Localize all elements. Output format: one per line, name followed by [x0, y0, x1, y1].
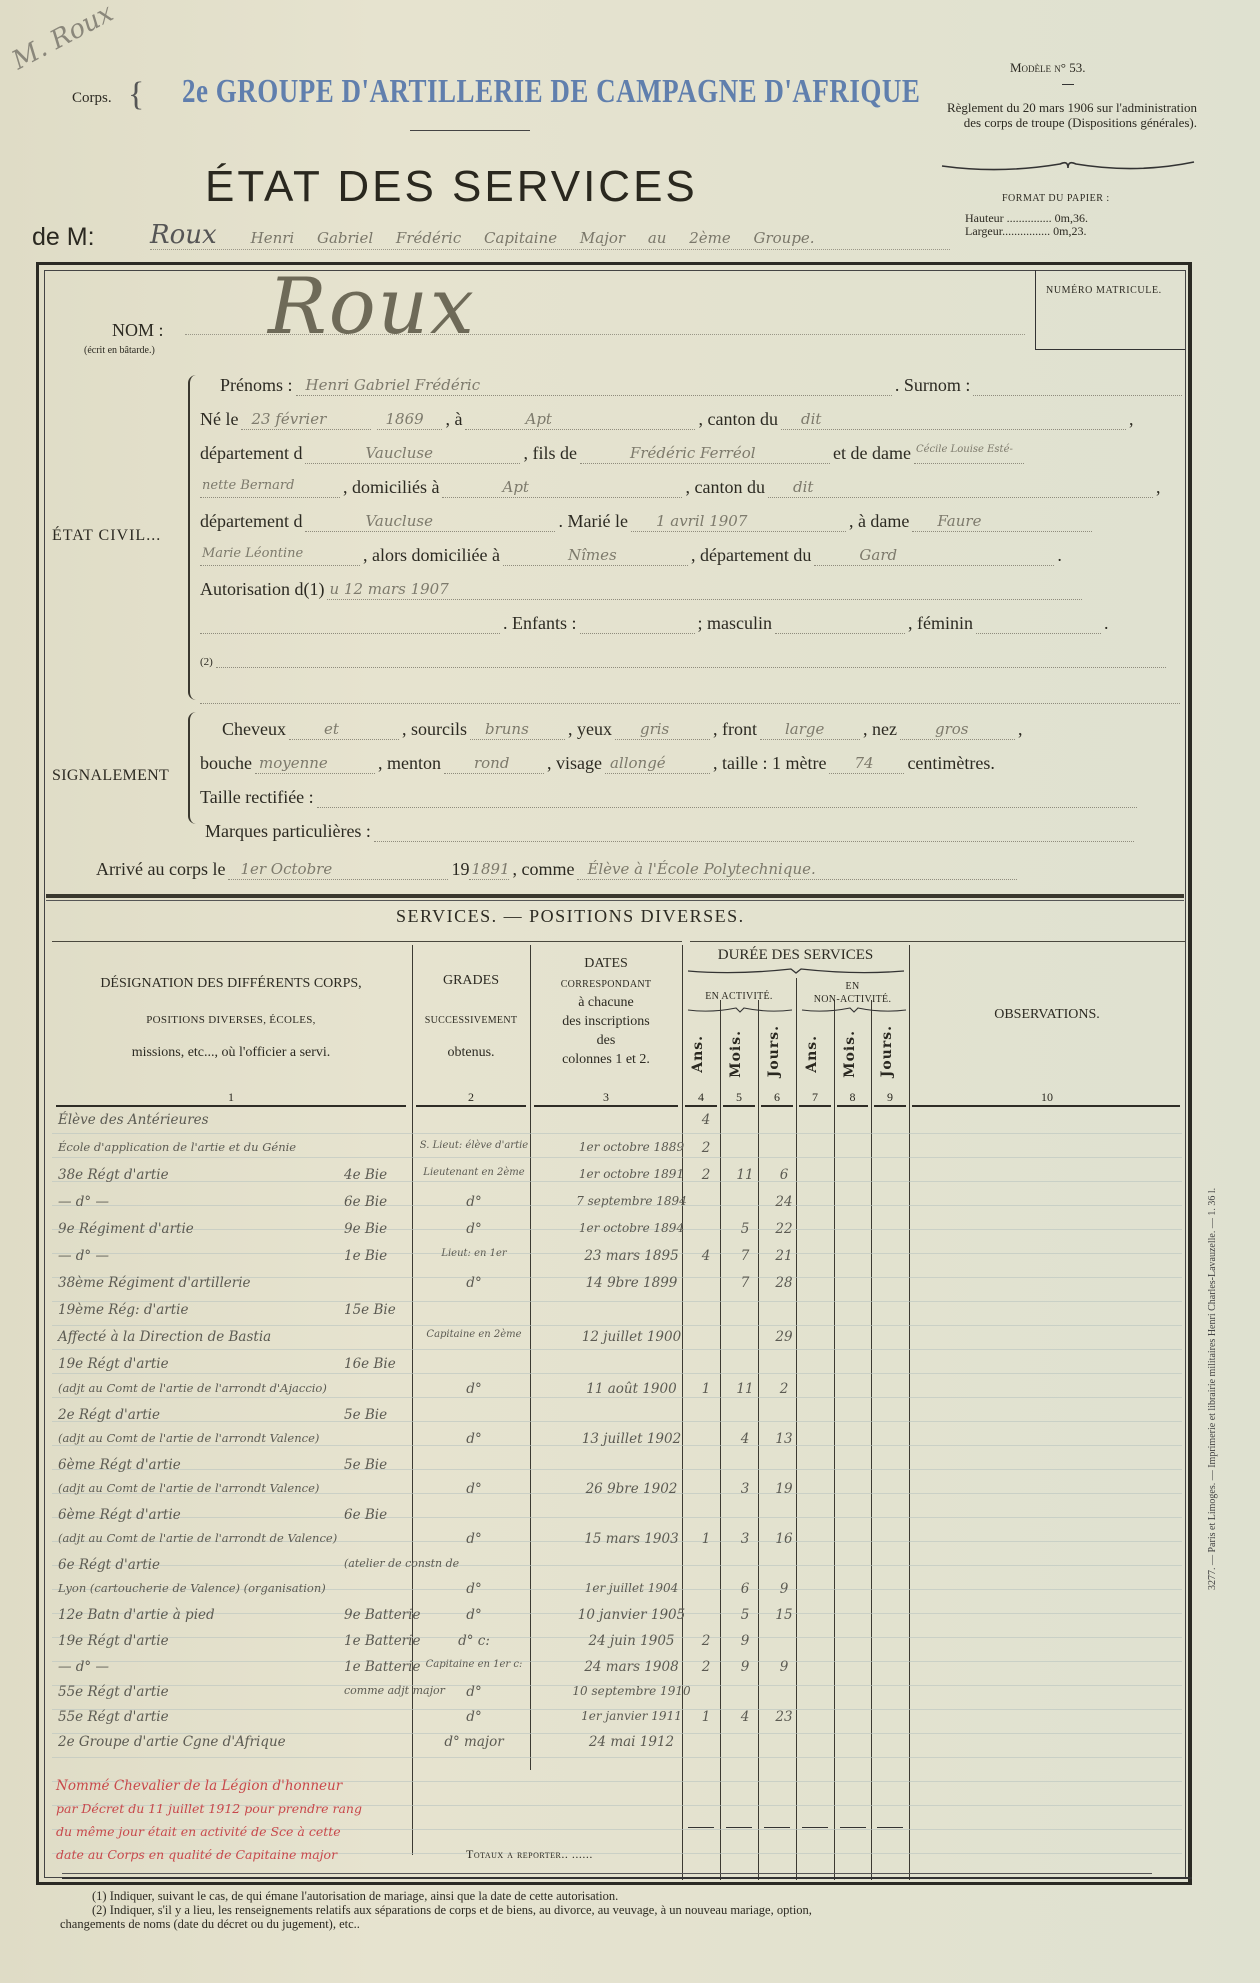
signalement-label: SIGNALEMENT [52, 767, 169, 785]
col-number: 5 [720, 1090, 758, 1105]
corps-cell: 6ème Régt d'artie [58, 1507, 338, 1523]
yeux-field: gris [615, 720, 710, 740]
col-number: 4 [682, 1090, 720, 1105]
corps-cell: (adjt au Comt de l'artie de l'arrondt de… [58, 1531, 413, 1545]
birth-row: Né le 23 février 1869 , à Apt , canton d… [200, 402, 1185, 430]
sourcils-label: , sourcils [402, 719, 467, 740]
ne-a-label: , à [445, 409, 462, 430]
marie-le-label: . Marié le [558, 511, 627, 532]
corps-cell: 38e Régt d'artie [58, 1167, 338, 1183]
note2-marker: (2) [200, 656, 213, 668]
departement-field: Vaucluse [305, 444, 520, 464]
grade-cell: Lieut: en 1er [414, 1248, 534, 1259]
ans-cell: 1 [686, 1709, 726, 1725]
department-parents-row: département d Vaucluse , fils de Frédéri… [200, 436, 1185, 464]
table-row: 6ème Régt d'artie5e Bie [54, 1457, 1184, 1481]
canton-label: , canton du [698, 409, 777, 430]
marriage-date-field: 1 avril 1907 [631, 512, 846, 532]
unit-cell: 1e Batterie [344, 1633, 420, 1649]
observations-header: OBSERVATIONS. [909, 1006, 1185, 1023]
jours-cell: 21 [764, 1248, 804, 1264]
table-row: 38e Régt d'artie4e BieLieutenant en 2ème… [54, 1167, 1184, 1191]
mother-field-cont: nette Bernard [200, 478, 340, 498]
divider [1062, 84, 1074, 85]
grade-cell: d° [414, 1194, 534, 1210]
surnom-field [973, 376, 1182, 396]
table-row: Élève des Antérieures4 [54, 1112, 1184, 1136]
enfants-row: . Enfants : ; masculin , féminin . [200, 606, 1185, 634]
section-divider [46, 900, 1184, 901]
etat-civil-label: ÉTAT CIVIL... [52, 527, 161, 545]
grade-cell: S. Lieut: élève d'artie [414, 1140, 534, 1151]
subject-surname: Roux [150, 220, 217, 250]
ans-cell: 1 [686, 1531, 726, 1547]
col2-sub1: SUCCESSIVEMENT [412, 1012, 530, 1029]
mois-cell: 7 [726, 1248, 764, 1264]
corps-cell: (adjt au Comt de l'artie de l'arrondt d'… [58, 1381, 413, 1395]
table-row: (adjt au Comt de l'artie de l'arrondt d'… [54, 1381, 1184, 1405]
matricule-box [1035, 270, 1185, 350]
table-row: Lyon (cartoucherie de Valence) (organisa… [54, 1581, 1184, 1605]
grade-cell: d° [414, 1381, 534, 1397]
ans-header: Ans. [690, 1035, 706, 1073]
date-cell: 1er juillet 1904 [544, 1581, 719, 1595]
corps-label: Corps. [72, 90, 112, 107]
arrivee-row: Arrivé au corps le 1er Octobre 19 1891 ,… [96, 852, 1186, 880]
paper-dimensions: Hauteur ............... 0m,36. Largeur..… [965, 212, 1088, 238]
width-label: Largeur................ [965, 224, 1050, 238]
departement3-field: Gard [814, 546, 1054, 566]
taille-field: 74 [829, 754, 904, 774]
table-row: 55e Régt d'artiecomme adjt majord°10 sep… [54, 1684, 1184, 1708]
grade-cell: d° [414, 1581, 534, 1597]
col3-sub5: colonnes 1 et 2. [530, 1051, 682, 1068]
printer-imprint: 3277. — Paris et Limoges. — Imprimerie e… [1207, 930, 1218, 1590]
grade-cell: Capitaine en 2ème [414, 1329, 534, 1340]
arrivee-date-field: 1er Octobre [228, 860, 448, 880]
honor-note-line: date au Corps en qualité de Capitaine ma… [56, 1847, 337, 1862]
mois-cell: 6 [726, 1581, 764, 1597]
departement-label: département d [200, 443, 302, 464]
en-non-activite-line2: NON-ACTIVITÉ. [796, 993, 909, 1006]
footnote-2: (2) Indiquer, s'il y a lieu, les renseig… [92, 1903, 812, 1917]
mois-header: Mois. [728, 1030, 744, 1078]
jours-header-non-active: Jours. [879, 1025, 895, 1077]
date-cell: 24 mai 1912 [544, 1734, 719, 1750]
menton-label: , menton [378, 753, 441, 774]
table-row: 19e Régt d'artie1e Batteried° c:24 juin … [54, 1633, 1184, 1657]
grade-cell: d° [414, 1607, 534, 1623]
col3-sub4: des [530, 1032, 682, 1049]
birth-place-field: Apt [465, 410, 695, 430]
fils-de-label: , fils de [523, 443, 577, 464]
col-number: 7 [796, 1090, 834, 1105]
marques-row: Marques particulières : [205, 814, 1190, 842]
services-title: SERVICES. — POSITIONS DIVERSES. [396, 906, 745, 927]
date-cell: 7 septembre 1894 [544, 1194, 719, 1208]
marques-field [374, 822, 1134, 842]
corps-cell: 6e Régt d'artie [58, 1557, 338, 1573]
brace-icon [188, 712, 198, 824]
date-cell: 1er octobre 1894 [544, 1221, 719, 1235]
mois-cell: 9 [726, 1659, 764, 1675]
taille-label: , taille : 1 mètre [713, 753, 826, 774]
grade-cell: d° [414, 1221, 534, 1237]
width-value: 0m,23. [1053, 224, 1086, 238]
en-activite-header: EN ACTIVITÉ. [682, 988, 796, 1005]
table-row: (adjt au Comt de l'artie de l'arrondt de… [54, 1531, 1184, 1555]
col-number: 6 [758, 1090, 796, 1105]
nez-field: gros [900, 720, 1015, 740]
jours-cell: 13 [764, 1431, 804, 1447]
flourish-ornament-icon [800, 1006, 908, 1014]
a-dame-label: , à dame [849, 511, 909, 532]
prenoms-label: Prénoms : [220, 375, 293, 396]
honor-note-line: Nommé Chevalier de la Légion d'honneur [56, 1778, 342, 1794]
corps-cell: — d° — [58, 1248, 338, 1264]
spouse-field: Faure [912, 512, 1092, 532]
mois-header-non-active: Mois. [842, 1030, 858, 1078]
canton2-label: , canton du [685, 477, 764, 498]
table-row: Affecté à la Direction de BastiaCapitain… [54, 1329, 1184, 1353]
mother-field: Cécile Louise Esté- [914, 444, 1024, 464]
ans-header-non-active: Ans. [804, 1035, 820, 1073]
bouche-field: moyenne [255, 754, 375, 774]
corps-cell: 38ème Régiment d'artillerie [58, 1275, 413, 1291]
nez-label: , nez [863, 719, 897, 740]
et-de-dame-label: et de dame [833, 443, 911, 464]
ans-cell: 2 [686, 1633, 726, 1649]
corps-stamp: 2e GROUPE D'ARTILLERIE DE CAMPAGNE D'AFR… [182, 72, 920, 111]
taille-rectifiee-field [317, 788, 1137, 808]
table-row: — d° —1e BatterieCapitaine en 1er c:24 m… [54, 1659, 1184, 1683]
col1-sub1: POSITIONS DIVERSES, ÉCOLES, [52, 1012, 410, 1029]
ne-le-label: Né le [200, 409, 238, 430]
col-number: 8 [834, 1090, 871, 1105]
note2-row: (2) [200, 640, 1185, 668]
totals-label: Totaux a reporter.. ...... [466, 1847, 593, 1862]
grade-cell: Capitaine en 1er c: [414, 1659, 534, 1670]
unit-cell: 9e Batterie [344, 1607, 420, 1623]
prenoms-row: Prénoms : Henri Gabriel Frédéric . Surno… [220, 368, 1185, 396]
visage-label: , visage [547, 753, 602, 774]
table-row: — d° —6e Bied°7 septembre 189424 [54, 1194, 1184, 1218]
grade-cell: d° [414, 1531, 534, 1547]
jours-cell: 22 [764, 1221, 804, 1237]
mois-cell: 5 [726, 1221, 764, 1237]
paper-format-title: FORMAT DU PAPIER : [1002, 193, 1110, 204]
masculin-field [775, 614, 905, 634]
centimetres-label: centimètres. [907, 753, 994, 774]
corps-cell: 9e Régiment d'artie [58, 1221, 338, 1237]
birth-date-field: 23 février [241, 410, 371, 430]
jours-cell: 16 [764, 1531, 804, 1547]
honor-note-line: du même jour était en activité de Sce à … [56, 1824, 341, 1839]
table-row: École d'application de l'artie et du Gén… [54, 1140, 1184, 1164]
corps-cell: Lyon (cartoucherie de Valence) (organisa… [58, 1581, 413, 1595]
col-number: 2 [412, 1090, 530, 1105]
domicilies-label: , domiciliés à [343, 477, 439, 498]
jours-cell: 23 [764, 1709, 804, 1725]
autorisation-label: Autorisation d(1) [200, 579, 324, 600]
grade-cell: d° major [414, 1734, 534, 1750]
divider [410, 130, 530, 131]
arrivee-label: Arrivé au corps le [96, 859, 225, 880]
blank-line [200, 676, 1185, 704]
table-row: (adjt au Comt de l'artie de l'arrondt Va… [54, 1431, 1184, 1455]
jours-cell: 24 [764, 1194, 804, 1210]
masculin-label: ; masculin [698, 613, 773, 634]
flourish-ornament-icon [686, 966, 906, 976]
unit-cell: 16e Bie [344, 1356, 396, 1372]
sourcils-field: bruns [470, 720, 565, 740]
corps-cell: 55e Régt d'artie [58, 1709, 413, 1725]
table-row: 12e Batn d'artie à pied9e Batteried°10 j… [54, 1607, 1184, 1631]
surnom-label: . Surnom : [895, 375, 971, 396]
table-row: 38ème Régiment d'artilleried°14 9bre 189… [54, 1275, 1184, 1299]
corps-cell: 6ème Régt d'artie [58, 1457, 338, 1473]
table-row: 19e Régt d'artie16e Bie [54, 1356, 1184, 1380]
subject-names-rank: Henri Gabriel Frédéric Capitaine Major a… [251, 229, 815, 247]
col2-header: GRADES [412, 972, 530, 989]
ans-cell: 2 [686, 1140, 726, 1156]
unit-cell: 1e Bie [344, 1248, 387, 1264]
grade-cell: d° [414, 1709, 534, 1725]
departement2-label: département d [200, 511, 302, 532]
divider [62, 1877, 1192, 1879]
jours-cell: 9 [764, 1581, 804, 1597]
table-row: 9e Régiment d'artie9e Bied°1er octobre 1… [54, 1221, 1184, 1245]
ans-cell: 4 [686, 1112, 726, 1128]
prenoms-field: Henri Gabriel Frédéric [296, 376, 892, 396]
en-non-activite-header: EN NON-ACTIVITÉ. [796, 980, 909, 1006]
autorisation-row: Autorisation d(1) u 12 mars 1907 [200, 572, 1185, 600]
alors-domiciliee-label: , alors domiciliée à [363, 545, 500, 566]
col1-header: DÉSIGNATION DES DIFFÉRENTS CORPS, [52, 975, 410, 992]
description-row-1: Cheveux et , sourcils bruns , yeux gris … [222, 712, 1185, 740]
enfants-field [580, 614, 695, 634]
flourish-ornament-icon [940, 160, 1196, 174]
yeux-label: , yeux [568, 719, 612, 740]
unit-cell: 6e Bie [344, 1194, 387, 1210]
col3-sub1: CORRESPONDANT [530, 976, 682, 993]
taille-rectifiee-row: Taille rectifiée : [200, 780, 1185, 808]
archive-annotation: M. Roux [7, 0, 118, 76]
arrivee-year-field: 1891 [469, 860, 509, 880]
nom-sublabel: (écrit en bâtarde.) [84, 345, 155, 356]
table-row: 6e Régt d'artie(atelier de constn de [54, 1557, 1184, 1581]
table-row: 19ème Rég: d'artie15e Bie [54, 1302, 1184, 1326]
date-cell: 12 juillet 1900 [544, 1329, 719, 1345]
flourish-ornament-icon [686, 1006, 794, 1014]
col1-sub2: missions, etc..., où l'officier a servi. [52, 1044, 410, 1061]
corps-cell: École d'application de l'artie et du Gén… [58, 1140, 413, 1154]
ans-cell: 2 [686, 1167, 726, 1183]
departement2-field: Vaucluse [305, 512, 555, 532]
unit-cell: 4e Bie [344, 1167, 387, 1183]
marriage-row: département d Vaucluse . Marié le 1 avri… [200, 504, 1185, 532]
bouche-label: bouche [200, 753, 252, 774]
jours-cell: 19 [764, 1481, 804, 1497]
mois-cell: 11 [726, 1381, 764, 1397]
jours-cell: 6 [764, 1167, 804, 1183]
duree-header: DURÉE DES SERVICES [682, 947, 909, 964]
ans-cell: 2 [686, 1659, 726, 1675]
cheveux-label: Cheveux [222, 719, 286, 740]
footnote-1: (1) Indiquer, suivant le cas, de qui éma… [92, 1889, 618, 1903]
feminin-label: , féminin [908, 613, 973, 634]
regulation-reference: Règlement du 20 mars 1906 sur l'administ… [935, 100, 1197, 130]
col2-sub2: obtenus. [412, 1044, 530, 1061]
visage-field: allongé [605, 754, 710, 774]
unit-cell: (atelier de constn de [344, 1557, 459, 1570]
brace-icon [188, 375, 198, 700]
domicile-field: Apt [442, 478, 682, 498]
jours-cell: 2 [764, 1381, 804, 1397]
section-divider [46, 894, 1184, 898]
mois-cell: 4 [726, 1709, 764, 1725]
unit-cell: 15e Bie [344, 1302, 396, 1318]
corps-cell: 12e Batn d'artie à pied [58, 1607, 338, 1623]
corps-cell: 55e Régt d'artie [58, 1684, 338, 1700]
jours-cell: 9 [764, 1659, 804, 1675]
front-field: large [760, 720, 860, 740]
corps-cell: 19ème Rég: d'artie [58, 1302, 338, 1318]
grade-cell: d° c: [414, 1633, 534, 1649]
brace-icon: { [128, 76, 144, 114]
autorisation-field: u 12 mars 1907 [327, 580, 1082, 600]
table-row: 55e Régt d'artied°1er janvier 19111423 [54, 1709, 1184, 1733]
col-number: 10 [909, 1090, 1185, 1105]
mois-cell: 4 [726, 1431, 764, 1447]
date-cell: 13 juillet 1902 [544, 1431, 719, 1447]
marques-label: Marques particulières : [205, 821, 371, 842]
mois-cell: 7 [726, 1275, 764, 1291]
spouse-field-cont: Marie Léontine [200, 546, 360, 566]
date-cell: 10 septembre 1910 [544, 1684, 719, 1698]
mois-cell: 3 [726, 1531, 764, 1547]
subject-line: Roux Henri Gabriel Frédéric Capitaine Ma… [150, 220, 950, 250]
description-row-2: bouche moyenne , menton rond , visage al… [200, 746, 1185, 774]
corps-cell: — d° — [58, 1194, 338, 1210]
corps-cell: (adjt au Comt de l'artie de l'arrondt Va… [58, 1481, 413, 1495]
grade-cell: d° [414, 1684, 534, 1700]
col-number: 3 [530, 1090, 682, 1105]
father-field: Frédéric Ferréol [580, 444, 830, 464]
col-number: 9 [871, 1090, 909, 1105]
nom-label: NOM : [112, 320, 164, 341]
table-row: 6ème Régt d'artie6e Bie [54, 1507, 1184, 1531]
corps-cell: 2e Régt d'artie [58, 1407, 338, 1423]
cheveux-field: et [289, 720, 399, 740]
grade-cell: d° [414, 1481, 534, 1497]
col3-sub3: des inscriptions [530, 1013, 682, 1030]
en-non-activite-line1: EN [796, 980, 909, 993]
mois-cell: 5 [726, 1607, 764, 1623]
mois-cell: 9 [726, 1633, 764, 1649]
grade-cell: d° [414, 1275, 534, 1291]
form-model-number: Modèle n° 53. [1010, 60, 1086, 76]
spouse-residence-row: Marie Léontine , alors domiciliée à Nîme… [200, 538, 1185, 566]
front-label: , front [713, 719, 757, 740]
height-label: Hauteur ............... [965, 211, 1052, 225]
domicile-row: nette Bernard , domiciliés à Apt , canto… [200, 470, 1185, 498]
table-row: (adjt au Comt de l'artie de l'arrondt Va… [54, 1481, 1184, 1505]
honor-note-line: par Décret du 11 juillet 1912 pour prend… [56, 1801, 362, 1816]
footnote-2-cont: changements de noms (date du décret ou d… [60, 1917, 360, 1931]
jours-cell: 29 [764, 1329, 804, 1345]
unit-cell: 1e Batterie [344, 1659, 420, 1675]
taille-rectifiee-label: Taille rectifiée : [200, 787, 314, 808]
departement3-label: , département du [691, 545, 811, 566]
canton2-field: dit [768, 478, 1153, 498]
feminin-field [976, 614, 1101, 634]
unit-cell: 9e Bie [344, 1221, 387, 1237]
height-value: 0m,36. [1055, 211, 1088, 225]
unit-cell: 5e Bie [344, 1457, 387, 1473]
birth-year-field: 1869 [377, 410, 442, 430]
unit-cell: 6e Bie [344, 1507, 387, 1523]
date-cell: 26 9bre 1902 [544, 1481, 719, 1497]
grade-cell: d° [414, 1431, 534, 1447]
mois-cell: 3 [726, 1481, 764, 1497]
col3-sub2: à chacune [530, 994, 682, 1011]
corps-cell: Affecté à la Direction de Bastia [58, 1329, 413, 1345]
nom-value: Roux [268, 262, 476, 352]
corps-cell: 19e Régt d'artie [58, 1633, 338, 1649]
spouse-residence-field: Nîmes [503, 546, 688, 566]
comme-field: Élève à l'École Polytechnique. [577, 860, 1017, 880]
corps-cell: 19e Régt d'artie [58, 1356, 338, 1372]
date-cell: 14 9bre 1899 [544, 1275, 719, 1291]
divider [62, 1873, 1152, 1874]
mois-cell: 11 [726, 1167, 764, 1183]
jours-header: Jours. [766, 1025, 782, 1077]
arrivee-year-prefix: 19 [451, 859, 469, 880]
unit-cell: 5e Bie [344, 1407, 387, 1423]
enfants-label: . Enfants : [503, 613, 577, 634]
grade-cell: Lieutenant en 2ème [414, 1167, 534, 1178]
matricule-label: NUMÉRO MATRICULE. [1046, 285, 1162, 296]
table-row: 2e Régt d'artie5e Bie [54, 1407, 1184, 1431]
table-row: 2e Groupe d'artie Cgne d'Afriqued° major… [54, 1734, 1184, 1758]
page-title: ÉTAT DES SERVICES [205, 162, 698, 212]
col-number: 1 [52, 1090, 410, 1105]
corps-cell: (adjt au Comt de l'artie de l'arrondt Va… [58, 1431, 413, 1445]
corps-cell: — d° — [58, 1659, 338, 1675]
subject-prefix: de M: [32, 223, 95, 252]
jours-cell: 15 [764, 1607, 804, 1623]
comme-label: , comme [512, 859, 574, 880]
date-cell: 10 janvier 1905 [544, 1607, 719, 1623]
table-row: — d° —1e BieLieut: en 1er23 mars 1895472… [54, 1248, 1184, 1272]
col3-header: DATES [530, 955, 682, 972]
corps-cell: 2e Groupe d'artie Cgne d'Afrique [58, 1734, 413, 1750]
ans-cell: 4 [686, 1248, 726, 1264]
ans-cell: 1 [686, 1381, 726, 1397]
canton-field: dit [781, 410, 1126, 430]
menton-field: rond [444, 754, 544, 774]
corps-cell: Élève des Antérieures [58, 1112, 413, 1128]
jours-cell: 28 [764, 1275, 804, 1291]
